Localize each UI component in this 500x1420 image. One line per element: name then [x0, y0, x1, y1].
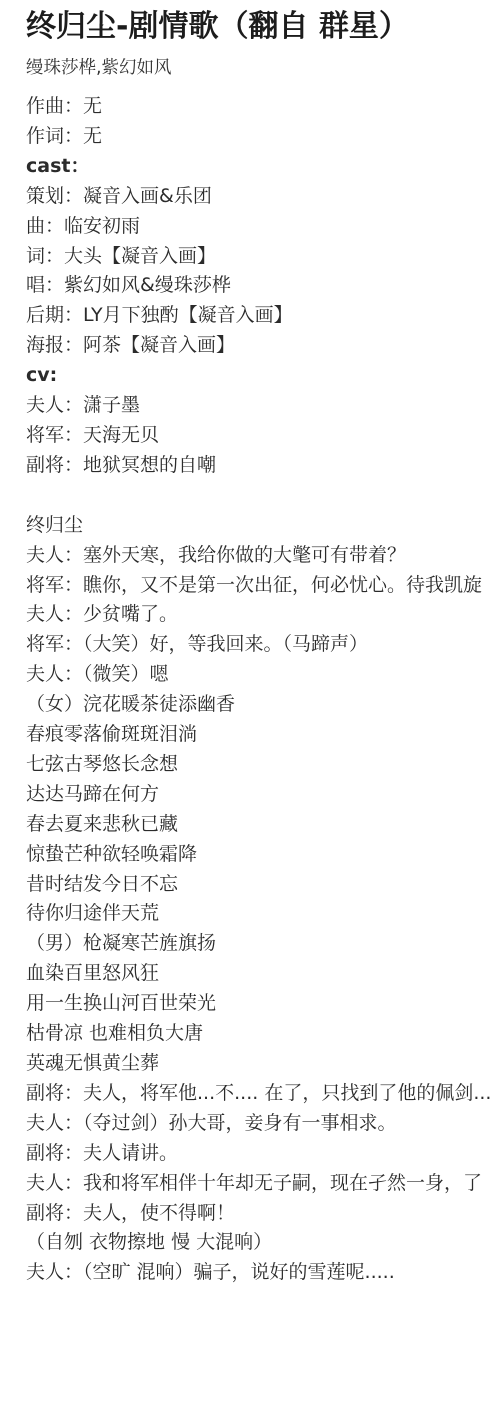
text-line: 将军：（大笑）好，等我回来。（马蹄声）: [26, 630, 500, 660]
text-line: 将军：瞧你，又不是第一次出征，何必忧心。待我凯旋: [26, 571, 500, 601]
text-line: 夫人：（微笑）嗯: [26, 660, 500, 690]
text-line: 枯骨凉 也难相负大唐: [26, 1019, 500, 1049]
text-line: （男）枪凝寒芒旌旗扬: [26, 929, 500, 959]
text-line: 夫人：（夺过剑）孙大哥，妾身有一事相求。: [26, 1109, 500, 1139]
lyrics-page: 终归尘-剧情歌（翻自 群星） 缦珠莎桦,紫幻如风 作曲：无作词：无cast：策划…: [0, 0, 500, 1288]
text-line: 英魂无惧黄尘葬: [26, 1049, 500, 1079]
text-line: （自刎 衣物擦地 慢 大混响）: [26, 1228, 500, 1258]
text-line: 副将：夫人，使不得啊！: [26, 1199, 500, 1229]
text-line: 终归尘: [26, 511, 500, 541]
text-line: 海报：阿茶【凝音入画】: [26, 331, 500, 361]
lyrics-and-credits: 作曲：无作词：无cast：策划：凝音入画&乐团曲：临安初雨词：大头【凝音入画】唱…: [26, 92, 500, 1288]
text-line: 唱：紫幻如风&缦珠莎桦: [26, 271, 500, 301]
text-line: 夫人：塞外天寒，我给你做的大氅可有带着？: [26, 541, 500, 571]
text-line: [26, 481, 500, 511]
text-line: 昔时结发今日不忘: [26, 870, 500, 900]
text-line: 后期：LY月下独酌【凝音入画】: [26, 301, 500, 331]
text-line: 春痕零落偷斑斑泪淌: [26, 720, 500, 750]
text-line: cast：: [26, 152, 500, 182]
text-line: 待你归途伴天荒: [26, 899, 500, 929]
text-line: 作曲：无: [26, 92, 500, 122]
text-line: 血染百里怒风狂: [26, 959, 500, 989]
text-line: 副将：夫人请讲。: [26, 1139, 500, 1169]
text-line: 夫人：潇子墨: [26, 391, 500, 421]
text-line: 惊蛰芒种欲轻唤霜降: [26, 840, 500, 870]
artist-names: 缦珠莎桦,紫幻如风: [26, 56, 500, 80]
text-line: 作词：无: [26, 122, 500, 152]
text-line: 夫人：（空旷 混响）骗子，说好的雪莲呢.....: [26, 1258, 500, 1288]
text-line: cv:: [26, 361, 500, 391]
text-line: 七弦古琴悠长念想: [26, 750, 500, 780]
text-line: 曲：临安初雨: [26, 212, 500, 242]
text-line: 策划：凝音入画&乐团: [26, 182, 500, 212]
text-line: 将军：天海无贝: [26, 421, 500, 451]
text-line: 副将：地狱冥想的自嘲: [26, 451, 500, 481]
text-line: 副将：夫人，将军他...不.... 在了，只找到了他的佩剑...: [26, 1079, 500, 1109]
song-title: 终归尘-剧情歌（翻自 群星）: [26, 6, 500, 48]
text-line: 达达马蹄在何方: [26, 780, 500, 810]
text-line: 夫人：我和将军相伴十年却无子嗣，现在孑然一身，了: [26, 1169, 500, 1199]
text-line: 用一生换山河百世荣光: [26, 989, 500, 1019]
text-line: 春去夏来悲秋已藏: [26, 810, 500, 840]
text-line: 夫人：少贫嘴了。: [26, 600, 500, 630]
text-line: 词：大头【凝音入画】: [26, 242, 500, 272]
text-line: （女）浣花暖茶徒添幽香: [26, 690, 500, 720]
